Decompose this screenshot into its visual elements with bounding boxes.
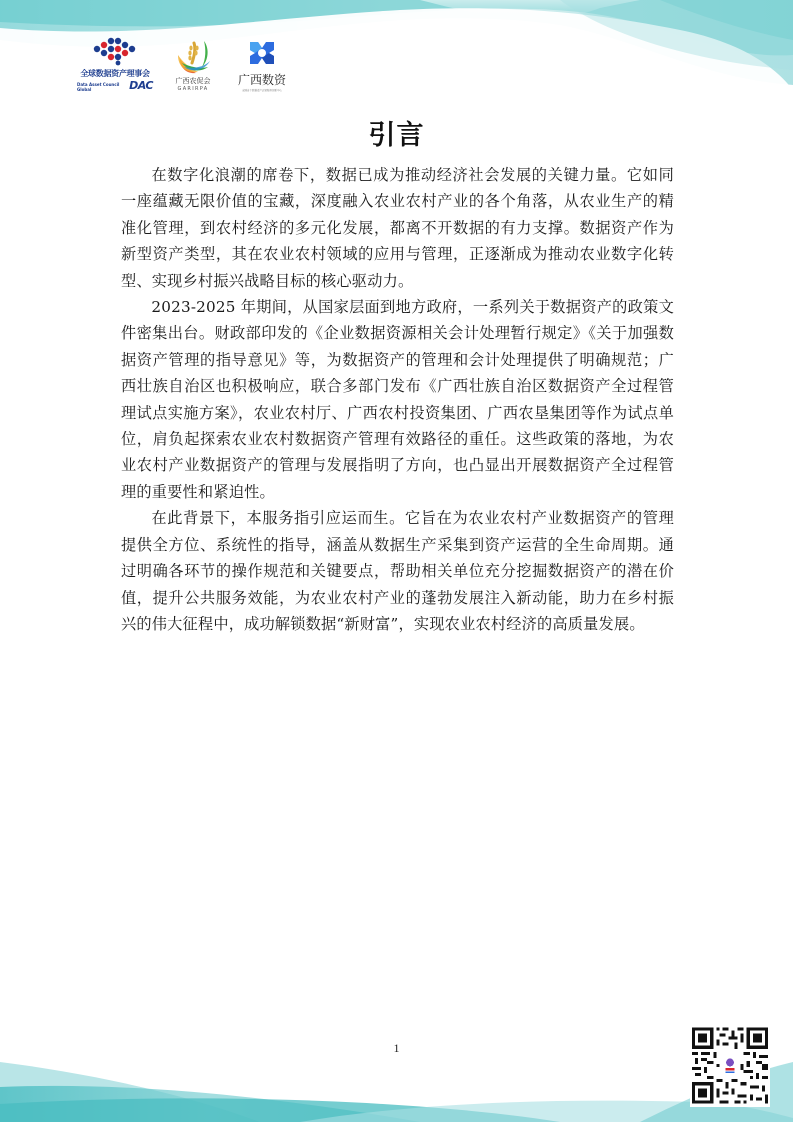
garirpa-logo-en: GARIRPA <box>178 86 209 92</box>
paragraph-1: 在数字化浪潮的席卷下，数据已成为推动经济社会发展的关键力量。它如同一座蕴藏无限价… <box>121 162 674 294</box>
page-number: 1 <box>0 1041 793 1056</box>
gxsz-logo: 广西数资 全国首个数据资产运营服务创新中心 <box>232 38 292 92</box>
gxsz-emblem-icon <box>247 38 277 68</box>
dac-logo-acronym: DAC <box>129 79 153 92</box>
dac-dots-icon <box>93 36 137 66</box>
dac-logo-cn: 全球数据资产理事会 <box>80 68 149 79</box>
qr-code-icon[interactable] <box>690 1024 770 1107</box>
gxsz-logo-cn: 广西数资 <box>238 71 286 88</box>
wheat-emblem-icon <box>174 39 212 75</box>
garirpa-logo-cn: 广西农促会 <box>176 76 211 86</box>
dac-logo: 全球数据资产理事会 Data Asset Council Global DAC <box>76 36 154 92</box>
garirpa-logo: 广西农促会 GARIRPA <box>168 39 218 92</box>
paragraph-3: 在此背景下，本服务指引应运而生。它旨在为农业农村产业数据资产的管理提供全方位、系… <box>121 505 674 637</box>
page-title: 引言 <box>0 113 793 152</box>
paragraph-2: 2023-2025 年期间，从国家层面到地方政府，一系列关于数据资产的政策文件密… <box>121 294 674 505</box>
gxsz-logo-sub: 全国首个数据资产运营服务创新中心 <box>242 88 282 92</box>
header-logos: 全球数据资产理事会 Data Asset Council Global DAC … <box>76 32 292 92</box>
dac-logo-en-2: Global <box>77 87 119 92</box>
document-body: 在数字化浪潮的席卷下，数据已成为推动经济社会发展的关键力量。它如同一座蕴藏无限价… <box>121 162 674 637</box>
